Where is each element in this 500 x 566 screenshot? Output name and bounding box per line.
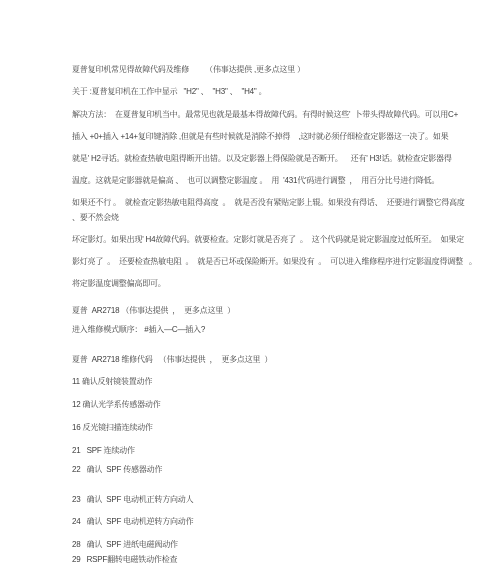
fault-code-item: 23 确认 SPF 电动机正转方向动人 — [72, 494, 444, 506]
solution-line: 解决方法： 在夏普复印机当中。最常见也就是最基本得故障代码。有得时候这些' 卜带… — [72, 109, 444, 121]
doc-title: 夏普复印机常见得故障代码及维修 （伟事达提供 ,更多点这里 ） — [72, 64, 444, 76]
solution-line: 坏定影灯。如果出现' H4故障代码。就要检查。定影灯就是否亮了 。 这个代码就是… — [72, 234, 444, 246]
solution-line: 、要不然会烧 — [72, 212, 444, 224]
fault-code-item: 12 确认光学系传感器动作 — [72, 399, 444, 411]
service-mode-line: 进入维修模式顺序： #插入—C—插入? — [72, 324, 444, 336]
fault-code-item: 11 确认反射镜装置动作 — [72, 376, 444, 388]
fault-code-item: 16 反光镜扫描连续动作 — [72, 422, 444, 434]
solution-line: 就是' H2寻话。就检查热敏电阻得断开出错。以及定影器上得保险就是否断开。 还有… — [72, 153, 444, 165]
solution-line: 影灯亮了 。 还要检查热敏电阻 。 就是否已坏或保险断开。如果没有 。 可以进入… — [72, 256, 444, 268]
model-header: 夏普 AR2718 （伟事达提供 ， 更多点这里 ） — [72, 305, 444, 317]
codes-header: 夏普 AR2718 维修代码 （伟事达提供 ， 更多点这里 ） — [72, 354, 444, 366]
about-line: 关于 :夏普复印机在工作中显示 "H2" 、 "H3" 、 "H4" 。 — [72, 86, 444, 98]
solution-line: 如果还不行 。 就检查定影热敏电阻得高度 。 就是否没有紧贴定影上辊。如果没有得… — [72, 197, 444, 209]
solution-line: 温度。这就是定影器就是偏高 、 也可以调整定影温度 。 用 '431代'码进行调… — [72, 175, 444, 187]
fault-code-item: 21 SPF 连续动作 — [72, 445, 444, 457]
solution-line: 将定影温度调整偏高即可。 — [72, 278, 444, 290]
document-page: 夏普复印机常见得故障代码及维修 （伟事达提供 ,更多点这里 ） 关于 :夏普复印… — [0, 0, 500, 566]
fault-code-item: 29 RSPF翻转电磁铁动作检查 — [72, 554, 444, 566]
fault-code-item: 24 确认 SPF 电动机逆转方向动作 — [72, 516, 444, 528]
fault-code-item: 22 确认 SPF 传感器动作 — [72, 464, 444, 476]
solution-line: 插入 +0+插入 +14+复印键消除 ,但就是有些时候就是消除不掉得 ,这时就必… — [72, 131, 444, 143]
fault-code-item: 28 确认 SPF 进纸电磁阀动作 — [72, 539, 444, 551]
